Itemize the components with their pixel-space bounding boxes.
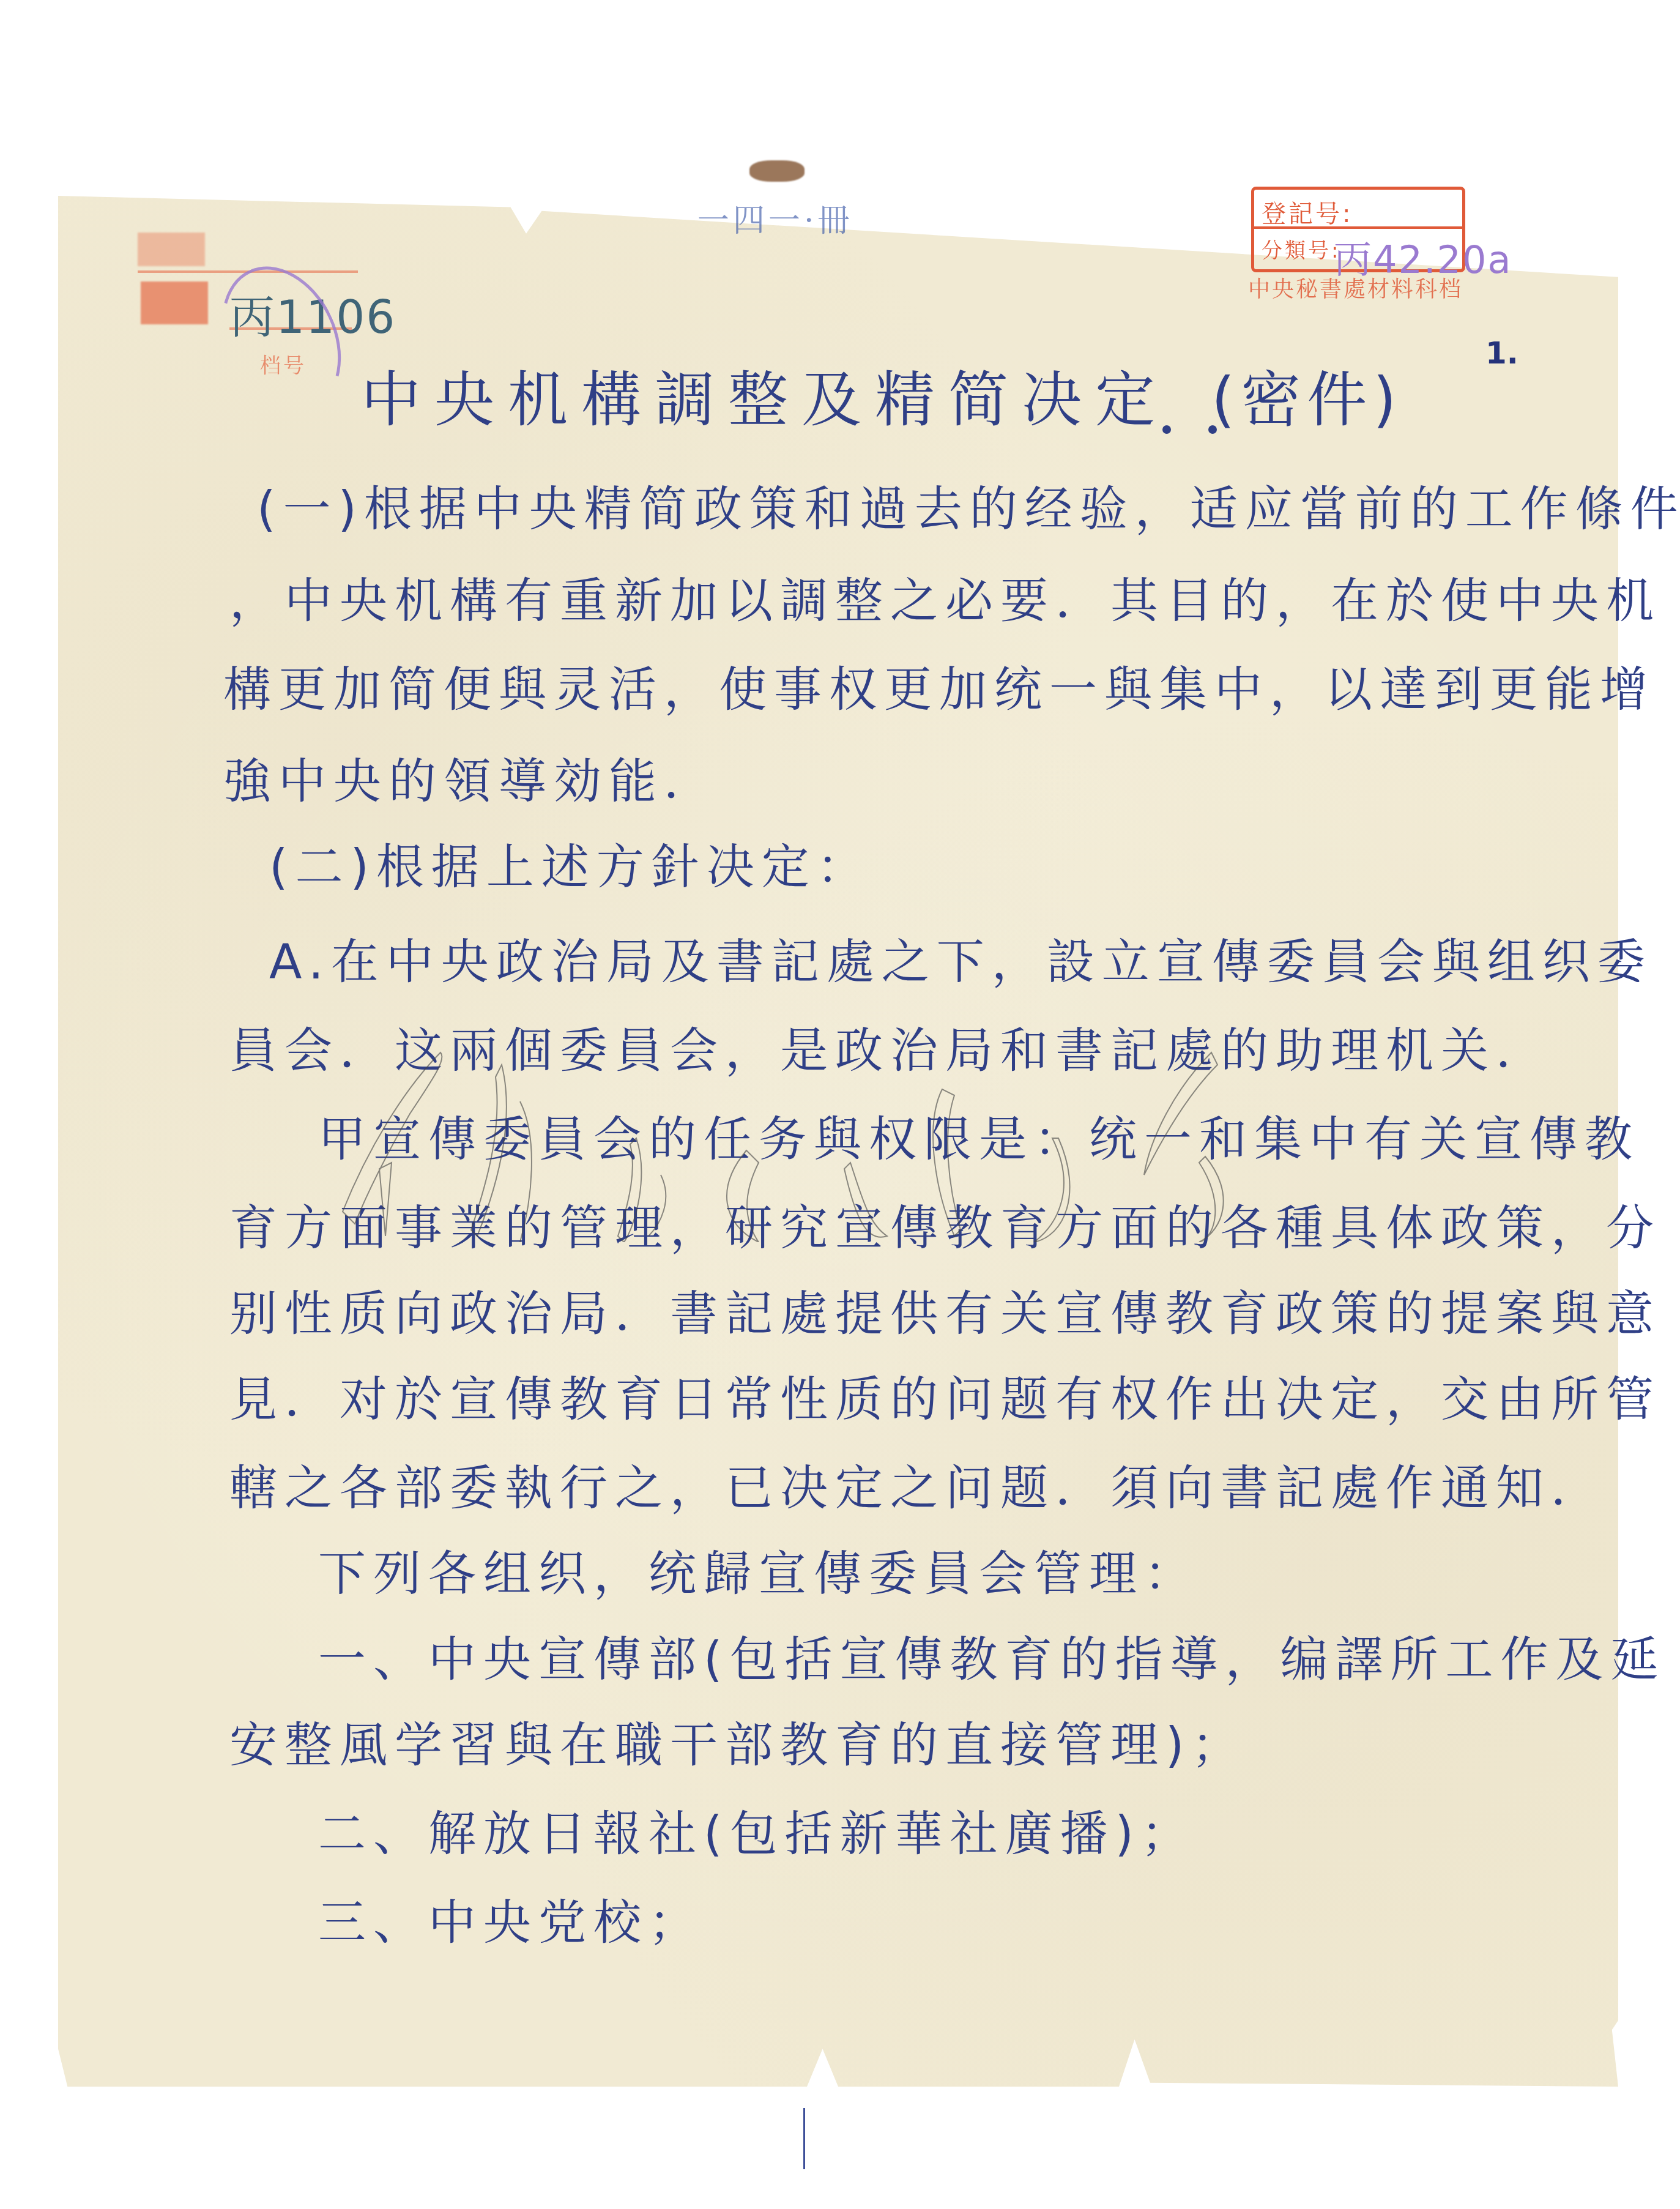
body-line: 二、解放日報社(包括新華社廣播)；	[318, 1796, 1196, 1864]
burn-mark	[749, 160, 805, 182]
body-line: 一、中央宣傳部(包括宣傳教育的指導，编譯所工作及延	[318, 1622, 1665, 1690]
body-line: 别性质向政治局．書記處提供有关宣傳教育政策的提案與意	[229, 1276, 1661, 1344]
classification-note: (密件)	[1211, 365, 1402, 435]
body-line: 育方面事業的管理，研究宣傳教育方面的各種具体政策，分	[229, 1190, 1661, 1259]
body-line: (一)根据中央精简政策和過去的经验，适应當前的工作條件	[257, 471, 1680, 540]
body-line: 安整風学習與在職干部教育的直接管理)；	[229, 1707, 1246, 1776]
body-line: 三、中央党校；	[318, 1885, 704, 1953]
page-number: 1.	[1485, 335, 1518, 371]
body-line: 甲宣傳委員会的任务與权限是：统一和集中有关宣傳教	[318, 1101, 1640, 1170]
body-line: 強中央的領導効能．	[223, 743, 719, 812]
title-text: 中央机構調整及精简决定	[361, 365, 1169, 435]
body-line: 員会．这兩個委員会，是政治局和書記處的助理机关．	[229, 1013, 1551, 1081]
body-line: ，中央机構有重新加以調整之必要．其目的，在於使中央机	[229, 563, 1661, 631]
registration-label: 登記号:	[1262, 195, 1353, 229]
classification-label: 分類号:	[1262, 234, 1340, 264]
right-stamp-footer: 中央秘書處材料科档	[1248, 272, 1463, 304]
document-title: 中央机構調整及精简决定(密件)	[361, 352, 1402, 438]
body-line: 轄之各部委執行之，已决定之问题．須向書記處作通知．	[229, 1450, 1606, 1519]
body-line: (二)根据上述方針决定：	[269, 829, 872, 898]
margin-pencil-tick	[803, 2108, 805, 2169]
body-line: A.在中央政治局及書記處之下，設立宣傳委員会與组织委	[269, 924, 1652, 993]
body-line: 見．对於宣傳教育日常性质的问题有权作出决定，交由所管	[229, 1362, 1661, 1430]
body-line: 構更加简便與灵活，使事权更加统一與集中，以達到更能增	[223, 652, 1655, 720]
body-line: 下列各组织，统歸宣傳委員会管理：	[318, 1536, 1199, 1604]
top-archive-mark: 一四一·冊	[697, 195, 853, 240]
emphasis-dots	[1156, 425, 1230, 444]
